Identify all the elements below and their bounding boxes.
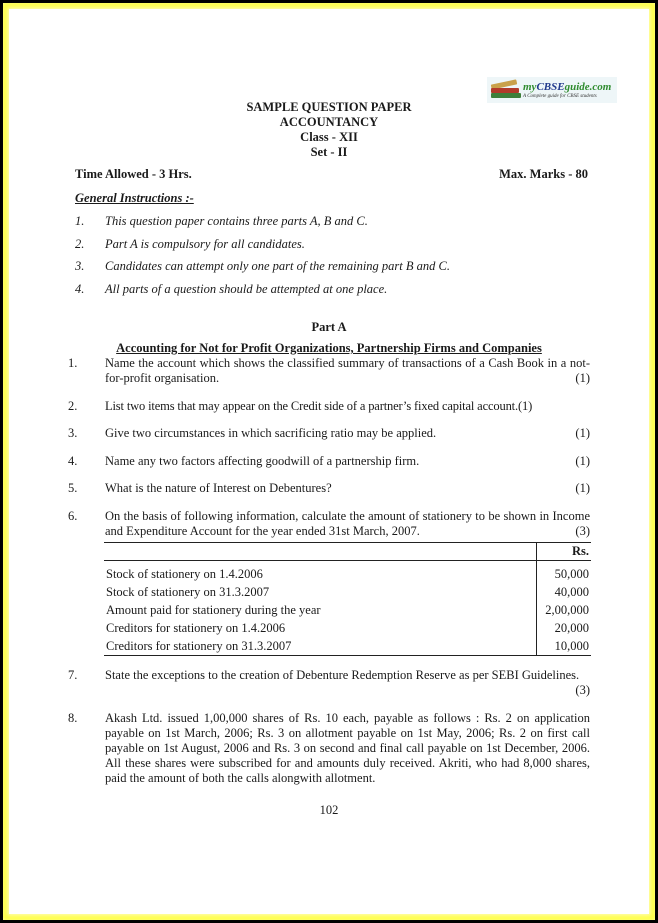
question-5: 5. What is the nature of Interest on Deb… [68,481,590,496]
logo-brand: myCBSEguide.com [523,82,611,93]
question-1: 1. Name the account which shows the clas… [68,356,590,386]
table-row: Stock of stationery on 1.4.200650,000 [104,561,591,584]
instructions-list: 1.This question paper contains three par… [75,214,595,304]
subject-title: ACCOUNTANCY [0,115,658,130]
amount-column-header: Rs. [537,543,592,561]
table-header-row: Rs. [104,543,591,561]
question-8: 8. Akash Ltd. issued 1,00,000 shares of … [68,711,590,786]
instruction-item: 1.This question paper contains three par… [75,214,595,237]
question-3: 3. Give two circumstances in which sacri… [68,426,590,441]
instructions-title: General Instructions :- [75,191,194,206]
section-title: Accounting for Not for Profit Organizati… [0,341,658,356]
table-row: Creditors for stationery on 31.3.200710,… [104,637,591,656]
paper-title: SAMPLE QUESTION PAPER [0,100,658,115]
table-row: Amount paid for stationery during the ye… [104,601,591,619]
set-label: Set - II [0,145,658,160]
part-title: Part A [0,320,658,335]
table-row: Stock of stationery on 31.3.200740,000 [104,583,591,601]
page-number: 102 [0,803,658,818]
stationery-table: Rs. Stock of stationery on 1.4.200650,00… [104,542,591,656]
question-7: 7. State the exceptions to the creation … [68,668,590,698]
logo-tagline: A Complete guide for CBSE students [523,94,611,99]
books-icon [489,79,523,101]
question-6: 6. On the basis of following information… [68,509,590,539]
time-allowed: Time Allowed - 3 Hrs. [75,167,192,182]
question-2: 2. List two items that may appear on the… [68,399,590,414]
instruction-item: 3.Candidates can attempt only one part o… [75,259,595,282]
instruction-item: 2.Part A is compulsory for all candidate… [75,237,595,260]
question-4: 4. Name any two factors affecting goodwi… [68,454,590,469]
document-content: myCBSEguide.com A Complete guide for CBS… [0,0,658,923]
table-row: Creditors for stationery on 1.4.200620,0… [104,619,591,637]
instruction-item: 4.All parts of a question should be atte… [75,282,595,305]
max-marks: Max. Marks - 80 [499,167,588,182]
class-label: Class - XII [0,130,658,145]
